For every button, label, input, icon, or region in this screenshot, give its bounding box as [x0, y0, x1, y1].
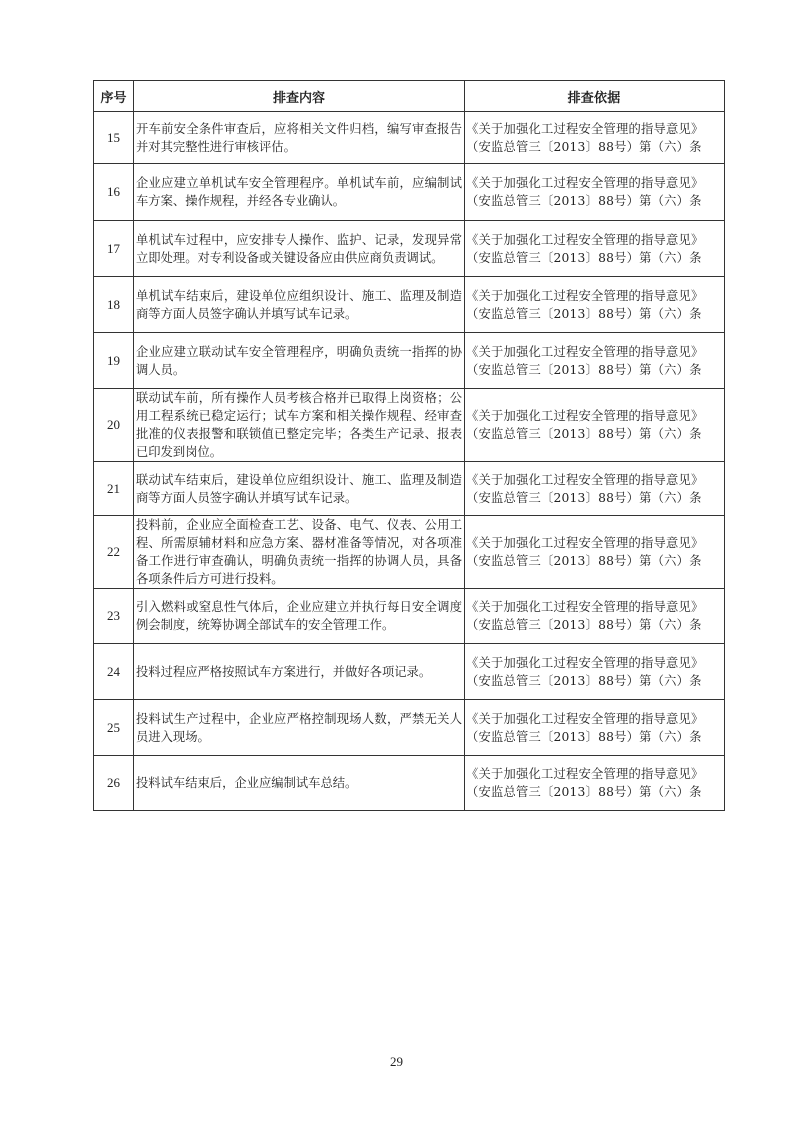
row-inspection-basis: 《关于加强化工过程安全管理的指导意见》（安监总管三〔2013〕88号）第（六）条	[465, 516, 725, 589]
row-serial-number: 19	[94, 333, 134, 389]
row-serial-number: 15	[94, 112, 134, 164]
row-serial-number: 24	[94, 644, 134, 700]
table-row: 18单机试车结束后，建设单位应组织设计、施工、监理及制造商等方面人员签字确认并填…	[94, 277, 725, 333]
table-row: 17单机试车过程中，应安排专人操作、监护、记录，发现异常立即处理。对专利设备或关…	[94, 221, 725, 277]
row-serial-number: 18	[94, 277, 134, 333]
row-inspection-basis: 《关于加强化工过程安全管理的指导意见》（安监总管三〔2013〕88号）第（六）条	[465, 644, 725, 700]
table-row: 21联动试车结束后，建设单位应组织设计、施工、监理及制造商等方面人员签字确认并填…	[94, 462, 725, 516]
table-header-row: 序号 排查内容 排查依据	[94, 81, 725, 112]
row-inspection-content: 投料过程应严格按照试车方案进行，并做好各项记录。	[134, 644, 465, 700]
row-inspection-content: 投料试生产过程中，企业应严格控制现场人数，严禁无关人员进入现场。	[134, 700, 465, 756]
inspection-table: 序号 排查内容 排查依据 15开车前安全条件审查后，应将相关文件归档，编写审查报…	[93, 80, 725, 811]
row-serial-number: 25	[94, 700, 134, 756]
table-row: 16企业应建立单机试车安全管理程序。单机试车前，应编制试车方案、操作规程，并经各…	[94, 164, 725, 221]
row-inspection-basis: 《关于加强化工过程安全管理的指导意见》（安监总管三〔2013〕88号）第（六）条	[465, 589, 725, 644]
table-row: 19企业应建立联动试车安全管理程序，明确负责统一指挥的协调人员。《关于加强化工过…	[94, 333, 725, 389]
row-inspection-basis: 《关于加强化工过程安全管理的指导意见》（安监总管三〔2013〕88号）第（六）条	[465, 112, 725, 164]
row-serial-number: 16	[94, 164, 134, 221]
header-inspection-basis: 排查依据	[465, 81, 725, 112]
row-inspection-basis: 《关于加强化工过程安全管理的指导意见》（安监总管三〔2013〕88号）第（六）条	[465, 277, 725, 333]
row-inspection-basis: 《关于加强化工过程安全管理的指导意见》（安监总管三〔2013〕88号）第（六）条	[465, 221, 725, 277]
table-row: 20联动试车前，所有操作人员考核合格并已取得上岗资格；公用工程系统已稳定运行；试…	[94, 389, 725, 462]
row-inspection-content: 单机试车结束后，建设单位应组织设计、施工、监理及制造商等方面人员签字确认并填写试…	[134, 277, 465, 333]
row-inspection-content: 企业应建立单机试车安全管理程序。单机试车前，应编制试车方案、操作规程，并经各专业…	[134, 164, 465, 221]
row-inspection-content: 投料前，企业应全面检查工艺、设备、电气、仪表、公用工程、所需原辅材料和应急方案、…	[134, 516, 465, 589]
row-inspection-content: 联动试车结束后，建设单位应组织设计、施工、监理及制造商等方面人员签字确认并填写试…	[134, 462, 465, 516]
row-inspection-content: 单机试车过程中，应安排专人操作、监护、记录，发现异常立即处理。对专利设备或关键设…	[134, 221, 465, 277]
header-inspection-content: 排查内容	[134, 81, 465, 112]
row-inspection-basis: 《关于加强化工过程安全管理的指导意见》（安监总管三〔2013〕88号）第（六）条	[465, 164, 725, 221]
row-inspection-content: 开车前安全条件审查后，应将相关文件归档，编写审查报告并对其完整性进行审核评估。	[134, 112, 465, 164]
row-inspection-basis: 《关于加强化工过程安全管理的指导意见》（安监总管三〔2013〕88号）第（六）条	[465, 462, 725, 516]
row-serial-number: 23	[94, 589, 134, 644]
row-inspection-basis: 《关于加强化工过程安全管理的指导意见》（安监总管三〔2013〕88号）第（六）条	[465, 389, 725, 462]
row-inspection-basis: 《关于加强化工过程安全管理的指导意见》（安监总管三〔2013〕88号）第（六）条	[465, 756, 725, 811]
row-serial-number: 21	[94, 462, 134, 516]
row-inspection-content: 投料试车结束后，企业应编制试车总结。	[134, 756, 465, 811]
table-row: 22投料前，企业应全面检查工艺、设备、电气、仪表、公用工程、所需原辅材料和应急方…	[94, 516, 725, 589]
table-row: 25投料试生产过程中，企业应严格控制现场人数，严禁无关人员进入现场。《关于加强化…	[94, 700, 725, 756]
table-row: 23引入燃料或窒息性气体后，企业应建立并执行每日安全调度例会制度，统筹协调全部试…	[94, 589, 725, 644]
table-row: 24投料过程应严格按照试车方案进行，并做好各项记录。《关于加强化工过程安全管理的…	[94, 644, 725, 700]
row-serial-number: 20	[94, 389, 134, 462]
table-row: 26投料试车结束后，企业应编制试车总结。《关于加强化工过程安全管理的指导意见》（…	[94, 756, 725, 811]
row-inspection-content: 引入燃料或窒息性气体后，企业应建立并执行每日安全调度例会制度，统筹协调全部试车的…	[134, 589, 465, 644]
row-serial-number: 22	[94, 516, 134, 589]
row-inspection-content: 企业应建立联动试车安全管理程序，明确负责统一指挥的协调人员。	[134, 333, 465, 389]
row-serial-number: 17	[94, 221, 134, 277]
row-inspection-basis: 《关于加强化工过程安全管理的指导意见》（安监总管三〔2013〕88号）第（六）条	[465, 700, 725, 756]
row-serial-number: 26	[94, 756, 134, 811]
row-inspection-content: 联动试车前，所有操作人员考核合格并已取得上岗资格；公用工程系统已稳定运行；试车方…	[134, 389, 465, 462]
table-row: 15开车前安全条件审查后，应将相关文件归档，编写审查报告并对其完整性进行审核评估…	[94, 112, 725, 164]
page-number: 29	[0, 1054, 793, 1070]
row-inspection-basis: 《关于加强化工过程安全管理的指导意见》（安监总管三〔2013〕88号）第（六）条	[465, 333, 725, 389]
header-serial-number: 序号	[94, 81, 134, 112]
